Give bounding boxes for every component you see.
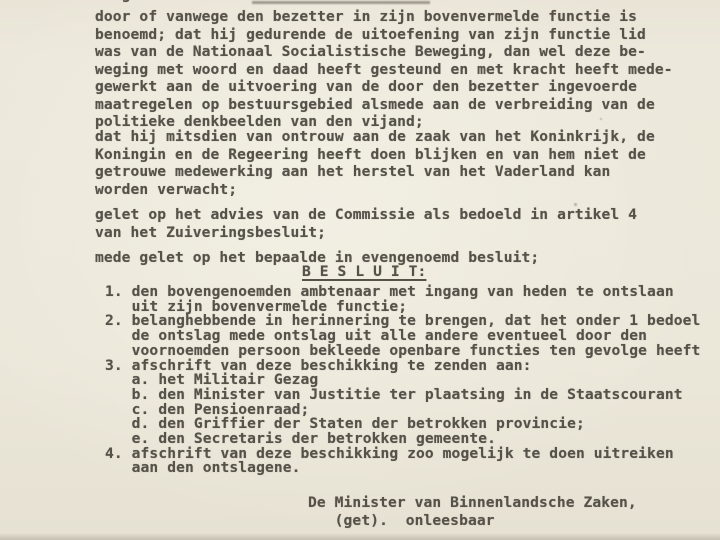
document-page: Burgemeester van door of vanwege den bez… (0, 0, 720, 540)
besluit-heading: B E S L U I T: (302, 263, 426, 281)
considerans-paragraph-2: dat hij mitsdien van ontrouw aan de zaak… (95, 128, 655, 198)
signature-block: De Minister van Binnenlandsche Zaken, (g… (308, 494, 637, 529)
decision-list: 1. den bovengenoemden ambtenaar met inga… (105, 285, 700, 476)
considerans-paragraph-1: door of vanwege den bezetter in zijn bov… (95, 8, 673, 131)
considerans-paragraph-3: gelet op het advies van de Commissie als… (95, 206, 637, 241)
clipped-header-line: Burgemeester van (95, 0, 237, 4)
paper-speckle (600, 118, 602, 120)
page-bottom-shadow (0, 533, 720, 540)
illegible-name-smudge (252, 1, 430, 4)
paper-speckle (574, 203, 577, 206)
